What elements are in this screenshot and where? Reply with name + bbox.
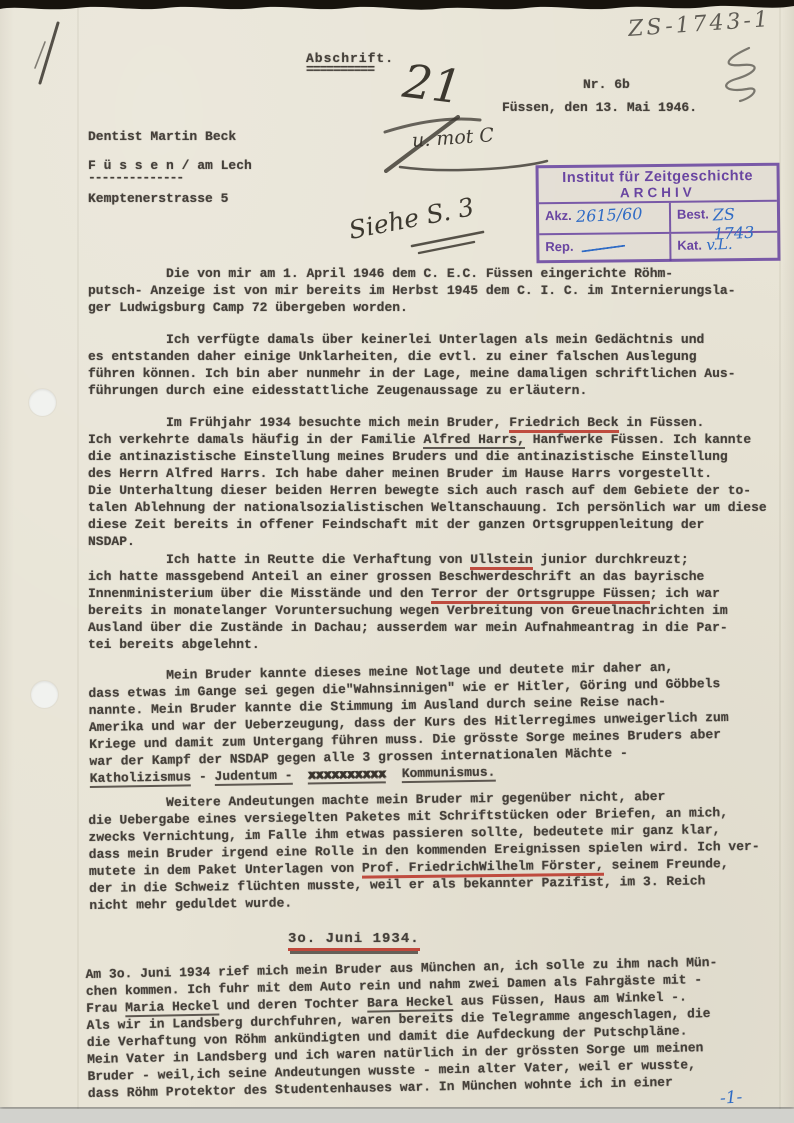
archive-stamp: Institut für Zeitgeschichte ARCHIV Akz. …	[535, 163, 780, 264]
stamp-row-1: Akz. 2615/60 Best. ZS 1743	[539, 202, 777, 233]
stamp-rep-dash	[582, 245, 626, 253]
paragraph-3-text: Im Frühjahr 1934 besuchte mich mein Brud…	[88, 415, 509, 430]
underlined-terror-ortsgruppe: Terror der Ortsgruppe Füssen	[431, 586, 649, 604]
stamp-kat-label: Kat.	[677, 238, 702, 253]
underlined-judentum: Judentum -	[214, 768, 292, 786]
paragraph-2: Ich verfügte damals über keinerlei Unter…	[88, 331, 793, 399]
paragraph-4-text: Ich hatte in Reutte die Verhaftung von	[88, 552, 470, 567]
scan-bottom-strip	[0, 1109, 794, 1123]
sender-street: Kemptenerstrasse 5	[88, 190, 228, 207]
handwritten-number-21: 21	[400, 54, 465, 115]
paragraph-1: Die von mir am 1. April 1946 dem C. E.C.…	[88, 265, 793, 316]
paper-crease	[77, 0, 79, 1123]
paragraph-5-text: Mein Bruder kannte dieses meine Notlage …	[88, 660, 729, 769]
stamp-rep-cell: Rep.	[539, 234, 669, 262]
sender-city-underline: --------------	[88, 169, 183, 186]
paragraph-5-text	[292, 768, 308, 783]
stamp-institute-name: Institut für Zeitgeschichte	[539, 168, 777, 186]
dateline: Füssen, den 13. Mai 1946.	[502, 99, 697, 116]
sender-name: Dentist Martin Beck	[88, 128, 236, 145]
paragraph-3-text: Hanfwerke Füssen. Ich kannte die antinaz…	[88, 432, 767, 549]
underlined-kommunismus: Kommunismus.	[402, 765, 496, 783]
document-scan: Abschrift. ========== Nr. 6b Füssen, den…	[0, 0, 794, 1123]
doc-type-underline: ==========	[306, 61, 374, 78]
underlined-name-maria-heckel: Maria Heckel	[125, 998, 219, 1017]
stamp-akz-value: 2615/60	[575, 204, 642, 226]
paragraph-7-text: und deren Tochter	[219, 996, 367, 1014]
paragraph-5: Mein Bruder kannte dieses meine Notlage …	[88, 657, 794, 787]
underlined-name-alfred-harrs: Alfred Harrs,	[423, 432, 524, 449]
page-number: -1-	[719, 1087, 743, 1109]
stamp-best-label: Best.	[677, 206, 709, 221]
underlined-name-friedrich-beck: Friedrich Beck	[509, 415, 618, 433]
paragraph-7: Am 3o. Juni 1934 rief mich mein Bruder a…	[85, 952, 794, 1102]
paragraph-3: Im Frühjahr 1934 besuchte mich mein Brud…	[88, 414, 794, 550]
stamp-archive-label: ARCHIV	[539, 184, 777, 201]
stamp-rep-label: Rep.	[545, 239, 573, 254]
paragraph-4: Ich hatte in Reutte die Verhaftung von U…	[88, 551, 794, 653]
stamp-akz-label: Akz.	[545, 208, 572, 223]
underlined-katholizismus: Katholizismus	[90, 769, 192, 788]
struck-out-word: xxxxxxxxxx	[308, 766, 386, 784]
underlined-name-bara-heckel: Bara Heckel	[367, 994, 453, 1013]
paragraph-6: Weitere Andeutungen machte mein Bruder m…	[88, 786, 794, 914]
heading-30-juni-1934: 3o. Juni 1934.	[288, 931, 420, 951]
doc-number: Nr. 6b	[583, 76, 630, 93]
stamp-header: Institut für Zeitgeschichte ARCHIV	[539, 166, 777, 204]
punch-hole-bottom	[31, 681, 58, 708]
stamp-best-cell: Best. ZS 1743	[669, 202, 777, 232]
stamp-akz-cell: Akz. 2615/60	[539, 203, 669, 233]
paragraph-5-text	[386, 766, 402, 781]
section-heading-date: 3o. Juni 1934.	[288, 931, 420, 948]
underlined-name-ullstein: Ullstein	[470, 552, 532, 570]
stamp-kat-value: v.L.	[705, 235, 732, 254]
paragraph-5-text: -	[191, 769, 215, 784]
punch-hole-top	[29, 389, 56, 416]
